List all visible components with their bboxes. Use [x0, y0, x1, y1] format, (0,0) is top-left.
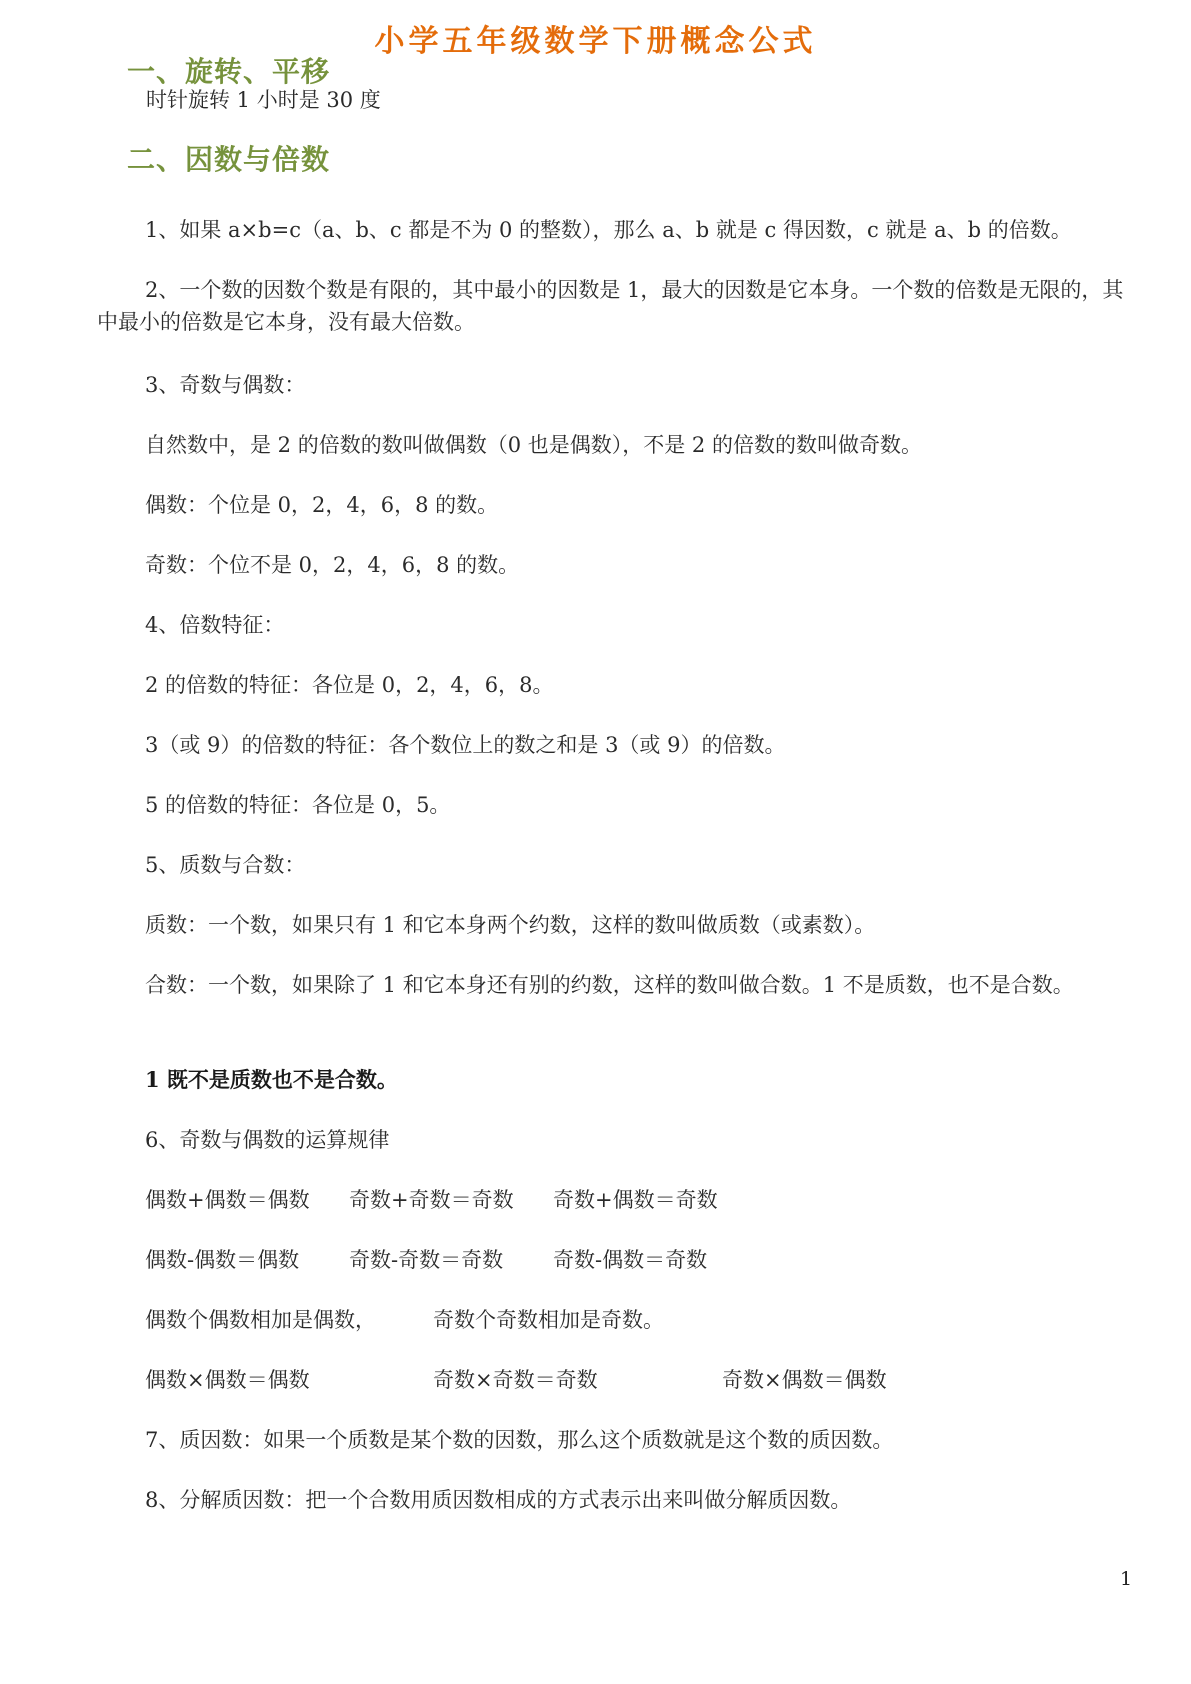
- odd-even-definition: 自然数中，是 2 的倍数的数叫做偶数（0 也是偶数），不是 2 的倍数的数叫做奇…: [145, 429, 922, 461]
- page-number: 1: [1120, 1568, 1132, 1590]
- rule-even-minus-even: 偶数-偶数＝偶数: [145, 1244, 299, 1276]
- multiple-of-three-nine-trait: 3（或 9）的倍数的特征：各个数位上的数之和是 3（或 9）的倍数。: [145, 729, 785, 761]
- rule-odd-count-odds: 奇数个奇数相加是奇数。: [433, 1304, 664, 1336]
- prime-composite-title: 5、质数与合数：: [145, 849, 305, 881]
- rule-odd-times-even: 奇数×偶数＝偶数: [722, 1364, 887, 1396]
- rule-odd-minus-odd: 奇数-奇数＝奇数: [349, 1244, 503, 1276]
- document-page: 小学五年级数学下册概念公式 一、旋转、平移 时针旋转 1 小时是 30 度 二、…: [0, 0, 1191, 1684]
- odd-number-rule: 奇数：个位不是 0，2，4，6，8 的数。: [145, 549, 519, 581]
- rule-even-count-evens: 偶数个偶数相加是偶数，: [145, 1304, 376, 1336]
- rule-even-times-even: 偶数×偶数＝偶数: [145, 1364, 310, 1396]
- prime-factorization-definition: 8、分解质因数：把一个合数用质因数相成的方式表示出来叫做分解质因数。: [145, 1484, 851, 1516]
- multiple-traits-title: 4、倍数特征：: [145, 609, 284, 641]
- rotation-fact: 时针旋转 1 小时是 30 度: [146, 84, 381, 116]
- multiple-of-two-trait: 2 的倍数的特征：各位是 0，2，4，6，8。: [145, 669, 554, 701]
- odd-even-title: 3、奇数与偶数：: [145, 369, 305, 401]
- prime-factor-definition: 7、质因数：如果一个质数是某个数的因数，那么这个质数就是这个数的质因数。: [145, 1424, 893, 1456]
- odd-even-operations-title: 6、奇数与偶数的运算规律: [145, 1124, 389, 1156]
- prime-definition: 质数：一个数，如果只有 1 和它本身两个约数，这样的数叫做质数（或素数）。: [145, 909, 875, 941]
- multiple-of-five-trait: 5 的倍数的特征：各位是 0，5。: [145, 789, 450, 821]
- factor-multiple-count: 2、一个数的因数个数是有限的，其中最小的因数是 1，最大的因数是它本身。一个数的…: [97, 274, 1127, 338]
- even-number-rule: 偶数：个位是 0，2，4，6，8 的数。: [145, 489, 498, 521]
- one-neither-note: 1 既不是质数也不是合数。: [145, 1064, 398, 1096]
- rule-odd-plus-odd: 奇数+奇数＝奇数: [349, 1184, 514, 1216]
- rule-odd-plus-even: 奇数+偶数＝奇数: [553, 1184, 718, 1216]
- composite-definition: 合数：一个数，如果除了 1 和它本身还有别的约数，这样的数叫做合数。1 不是质数…: [97, 969, 1127, 1001]
- rule-even-plus-even: 偶数+偶数＝偶数: [145, 1184, 310, 1216]
- factor-definition: 1、如果 a×b=c（a、b、c 都是不为 0 的整数），那么 a、b 就是 c…: [145, 214, 1072, 246]
- rule-odd-minus-even: 奇数-偶数＝奇数: [553, 1244, 707, 1276]
- rule-odd-times-odd: 奇数×奇数＝奇数: [433, 1364, 598, 1396]
- section-heading-factors-multiples: 二、因数与倍数: [127, 138, 330, 178]
